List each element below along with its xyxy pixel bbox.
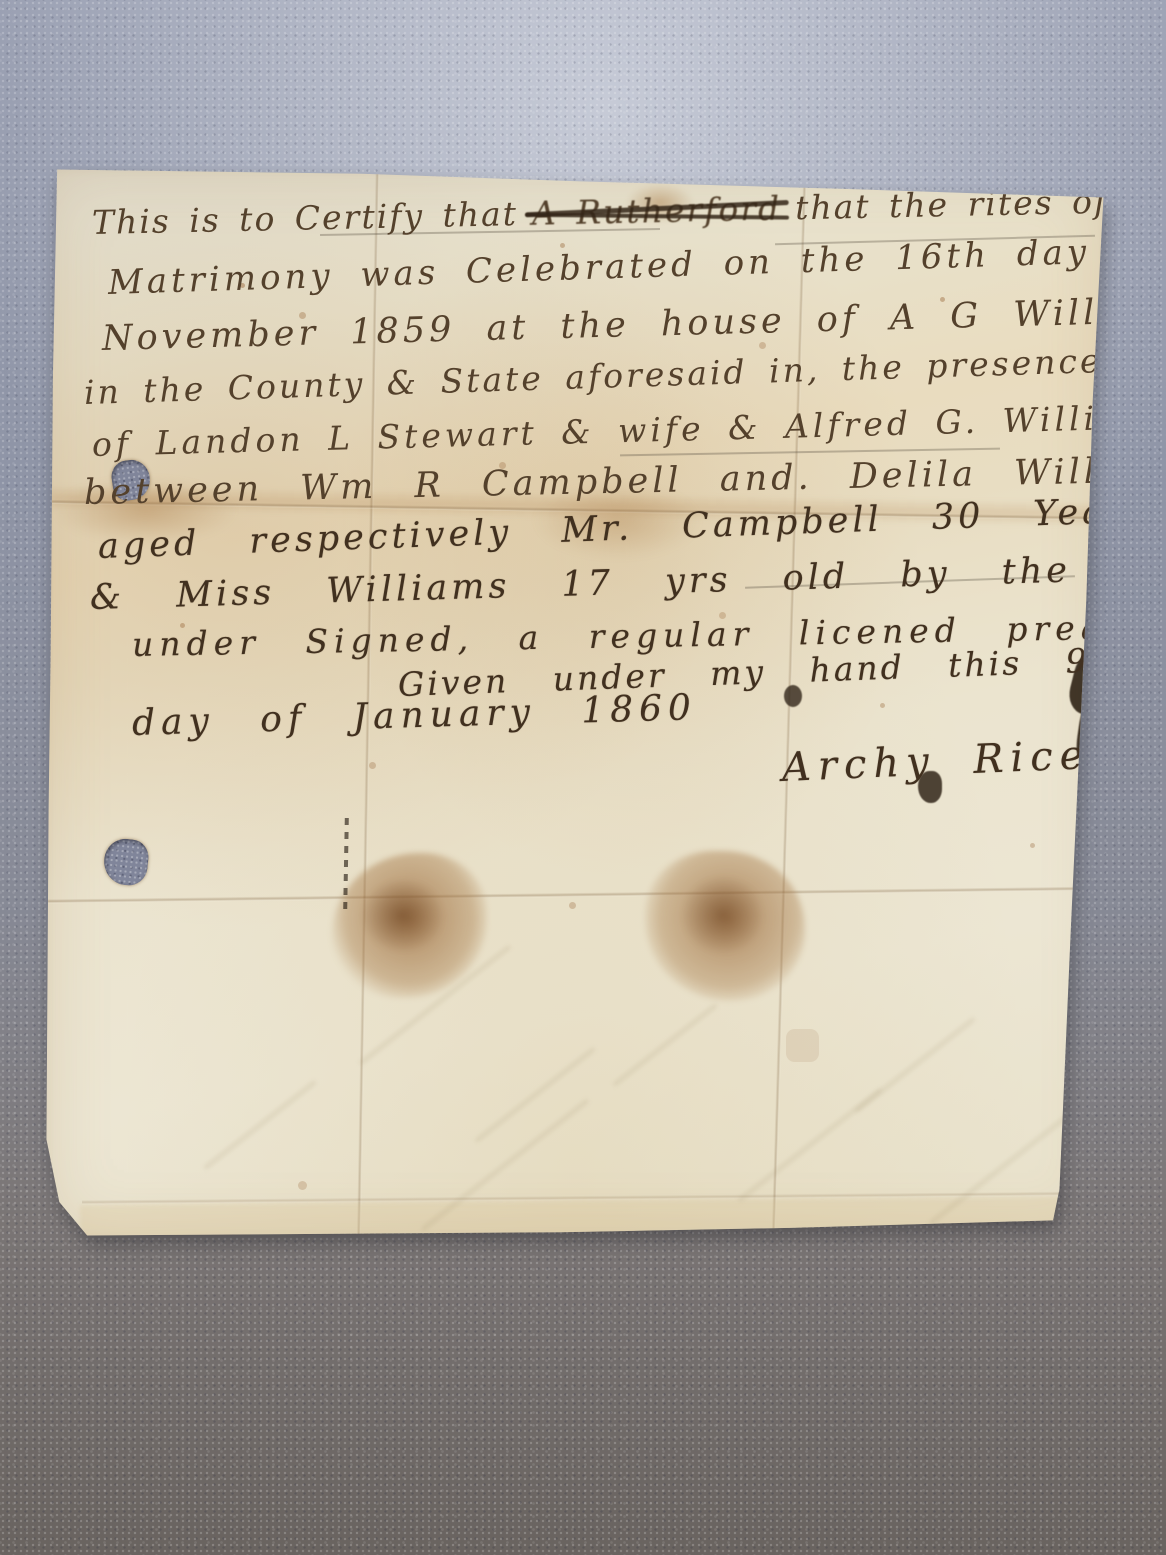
document-paper: This is to Certify thatA Rutherfordthat … xyxy=(40,163,1112,1243)
stain-blob-right-core xyxy=(680,875,765,955)
stain-blob-left-core xyxy=(360,878,445,953)
line1-closing: that the rites of xyxy=(795,182,1109,228)
struck-out-name: A Rutherford xyxy=(532,189,782,233)
photo-of-document: This is to Certify thatA Rutherfordthat … xyxy=(0,0,1166,1555)
paper-wrapper: This is to Certify thatA Rutherfordthat … xyxy=(0,0,1166,1555)
